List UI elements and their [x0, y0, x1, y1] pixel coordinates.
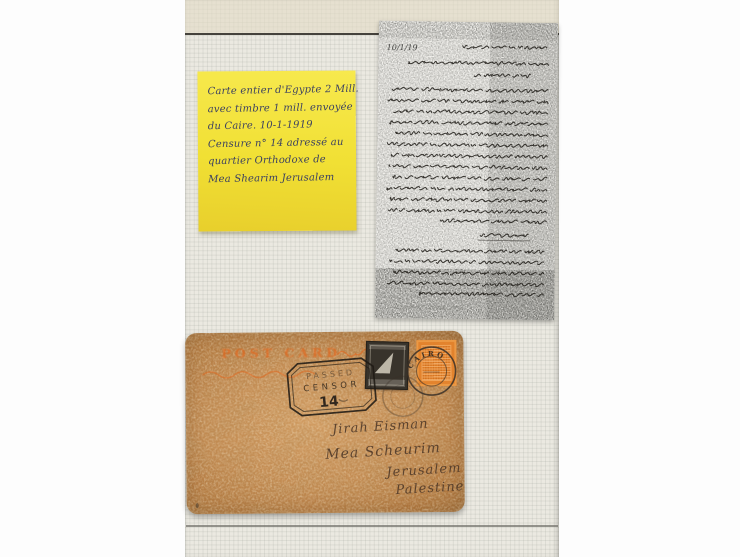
- photograph-of-album-page: Carte entier d'Egypte 2 Mill. avec timbr…: [0, 0, 740, 557]
- photo-card-message-side: 10/1/19: [375, 21, 558, 320]
- svg-text:CAIRO: CAIRO: [405, 349, 447, 371]
- ink-speck: [196, 503, 199, 508]
- page-bottom-rule: [186, 525, 558, 527]
- hebrew-handwriting-photo: 10/1/19: [375, 21, 558, 320]
- censor-line-2: CENSOR: [303, 379, 360, 394]
- sticky-note: Carte entier d'Egypte 2 Mill. avec timbr…: [197, 70, 356, 231]
- censor-line-1: PASSED: [306, 368, 356, 381]
- photo-date-fragment: 10/1/19: [387, 43, 418, 52]
- note-line: Carte entier d'Egypte 2 Mill.: [207, 81, 351, 101]
- stamp-top-tablet: [369, 344, 406, 350]
- censor-handstamp: PASSED CENSOR 14: [283, 354, 380, 420]
- note-line: Mea Shearim Jerusalem: [208, 168, 352, 188]
- second-postmark-strike: [380, 373, 426, 419]
- photo-grain-top-band: [379, 21, 558, 39]
- censor-number: 14: [319, 393, 340, 411]
- postmark-city-text: CAIRO: [405, 349, 447, 371]
- note-line: du Caire. 10-1-1919: [208, 116, 352, 136]
- photo-grain-bottom-band: [375, 271, 555, 320]
- note-line: quartier Orthodoxe de: [208, 151, 352, 171]
- postcard-front: POST CARD CAIRO: [185, 331, 465, 514]
